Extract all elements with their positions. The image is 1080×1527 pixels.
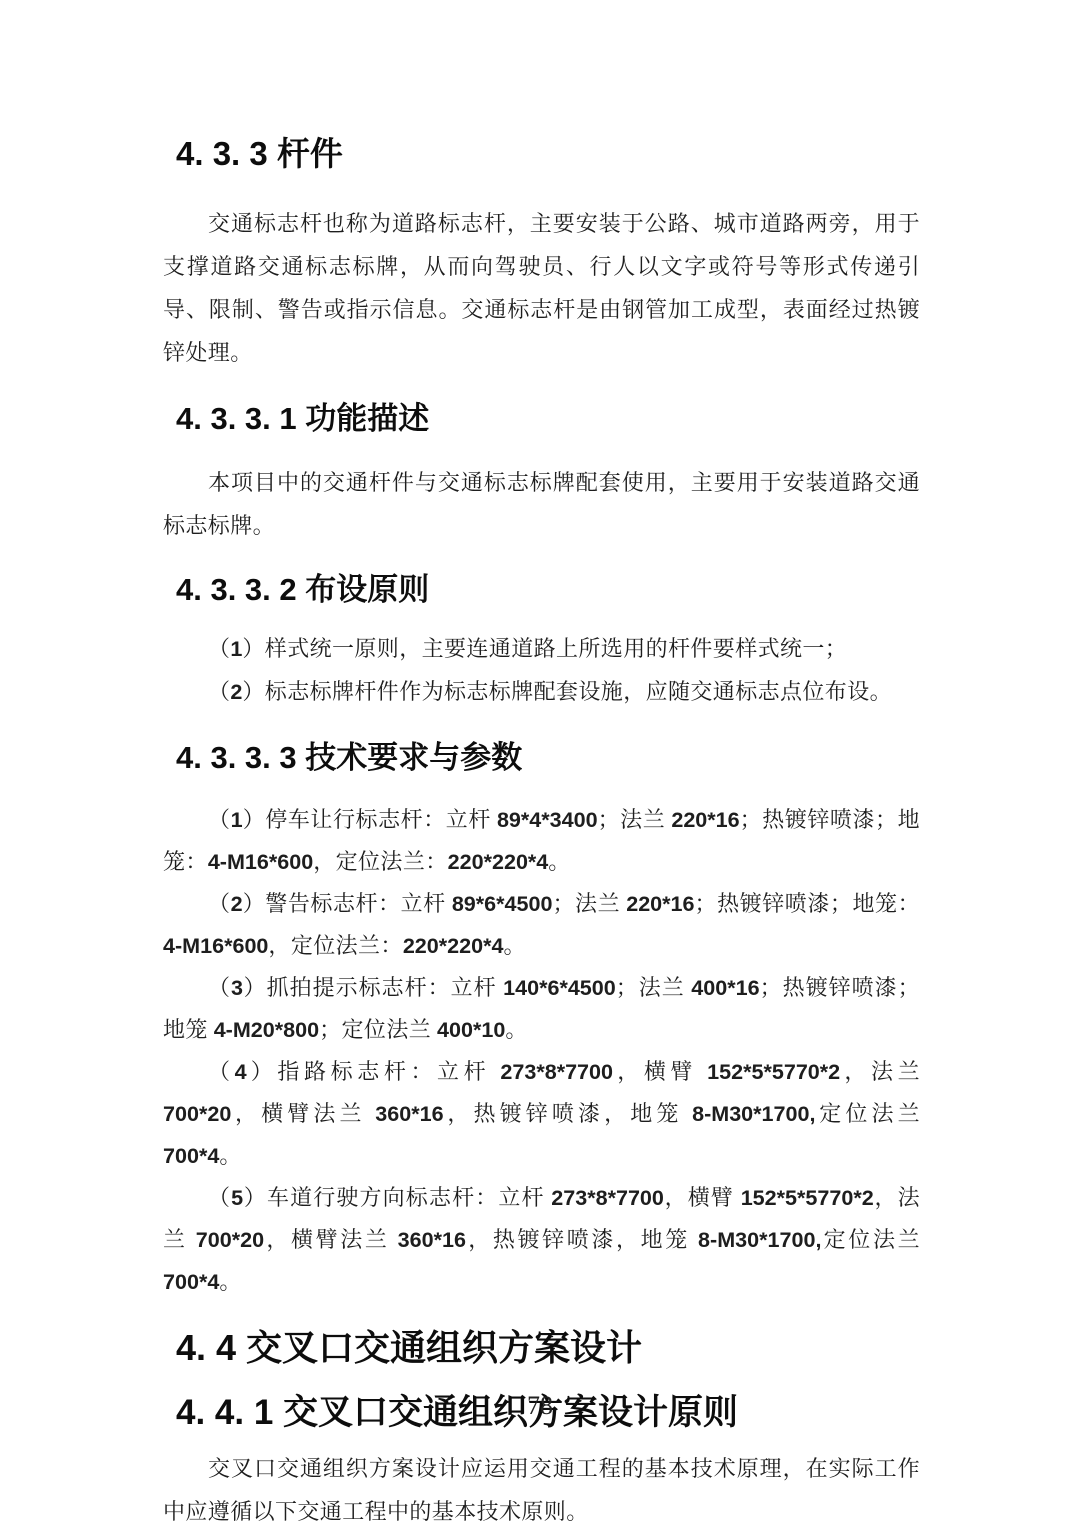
heading-4-3-3-3-technical-requirements: 4. 3. 3. 3 技术要求与参数 [176,741,920,774]
latin-measurement-text: 273*8*7700 [500,1059,613,1084]
tech-spec-item-4-guide-sign-pole: （4）指路标志杆：立杆 273*8*7700，横臂 152*5*5770*2，法… [163,1051,920,1177]
latin-measurement-text: 220*16 [671,807,739,832]
latin-measurement-text: 8-M30*1700, [692,1101,815,1126]
paragraph-function-description: 本项目中的交通杆件与交通标志标牌配套使用，主要用于安装道路交通标志标牌。 [163,461,920,547]
latin-measurement-text: 360*16 [375,1101,443,1126]
tech-spec-item-1-stop-yield-sign-pole: （1）停车让行标志杆：立杆 89*4*3400；法兰 220*16；热镀锌喷漆；… [163,799,920,883]
latin-measurement-text: 89*6*4500 [452,891,553,916]
latin-measurement-text: 220*16 [626,891,694,916]
latin-measurement-text: 2 [230,679,242,704]
latin-measurement-text: 89*4*3400 [497,807,598,832]
latin-measurement-text: 1 [230,636,242,661]
latin-measurement-text: 360*16 [398,1227,466,1252]
heading-4-3-3-2-layout-principles: 4. 3. 3. 2 布设原则 [176,573,920,606]
latin-measurement-text: 700*4 [163,1143,219,1168]
layout-principle-item-1: （1）样式统一原则，主要连通道路上所选用的杆件要样式统一； [163,627,920,670]
heading-4-3-3-1-function-description: 4. 3. 3. 1 功能描述 [176,402,920,435]
latin-measurement-text: 4 [235,1059,247,1084]
latin-measurement-text: 4-M16*600 [163,933,268,958]
latin-measurement-text: 1 [231,807,243,832]
latin-measurement-text: 220*220*4 [448,849,549,874]
latin-measurement-text: 140*6*4500 [503,975,616,1000]
latin-measurement-text: 4-M16*600 [208,849,313,874]
latin-measurement-text: 5 [231,1185,243,1210]
latin-measurement-text: 700*20 [163,1101,231,1126]
latin-measurement-text: 700*20 [196,1227,264,1252]
latin-measurement-text: 273*8*7700 [551,1185,664,1210]
latin-measurement-text: 3 [231,975,243,1000]
latin-measurement-text: 220*220*4 [403,933,504,958]
tech-spec-item-5-lane-direction-sign-pole: （5）车道行驶方向标志杆：立杆 273*8*7700，横臂 152*5*5770… [163,1177,920,1303]
latin-measurement-text: 700*4 [163,1269,219,1294]
latin-measurement-text: 152*5*5770*2 [741,1185,874,1210]
layout-principle-item-2: （2）标志标牌杆件作为标志标牌配套设施，应随交通标志点位布设。 [163,670,920,713]
latin-measurement-text: 2 [231,891,243,916]
tech-spec-item-2-warning-sign-pole: （2）警告标志杆：立杆 89*6*4500；法兰 220*16；热镀锌喷漆；地笼… [163,883,920,967]
paragraph-pole-introduction: 交通标志杆也称为道路标志杆，主要安装于公路、城市道路两旁，用于支撑道路交通标志标… [163,202,920,374]
latin-measurement-text: 8-M30*1700, [698,1227,821,1252]
document-page: 4. 3. 3 杆件 交通标志杆也称为道路标志杆，主要安装于公路、城市道路两旁，… [0,0,1080,1527]
paragraph-intersection-design-principles: 交叉口交通组织方案设计应运用交通工程的基本技术原理，在实际工作中应遵循以下交通工… [163,1447,920,1527]
latin-measurement-text: 4-M20*800 [214,1017,319,1042]
tech-spec-item-3-capture-notice-sign-pole: （3）抓拍提示标志杆：立杆 140*6*4500；法兰 400*16；热镀锌喷漆… [163,967,920,1051]
heading-4-3-3-poles: 4. 3. 3 杆件 [176,136,920,172]
latin-measurement-text: 400*10 [437,1017,505,1042]
page-number: 78 [0,1392,1080,1420]
latin-measurement-text: 152*5*5770*2 [707,1059,840,1084]
heading-4-4-intersection-traffic-design: 4. 4 交叉口交通组织方案设计 [176,1329,920,1367]
latin-measurement-text: 400*16 [691,975,759,1000]
